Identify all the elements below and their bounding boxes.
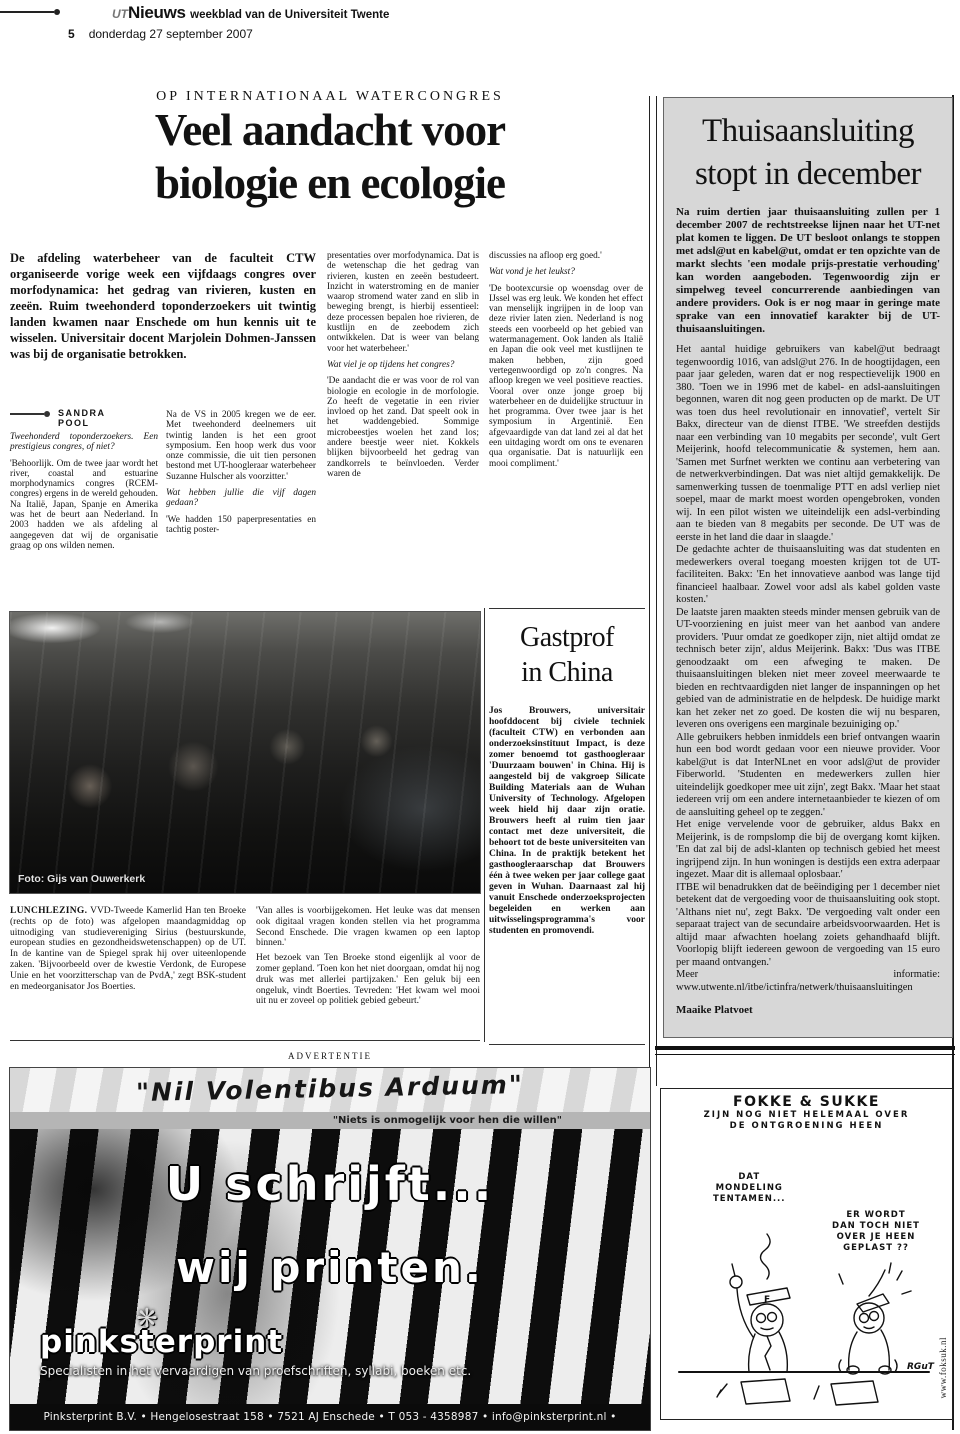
speech-squiggle-1 bbox=[761, 1234, 771, 1279]
photo-caption: Foto: Gijs van Ouwerkerk bbox=[18, 873, 145, 885]
masthead-rule bbox=[0, 11, 54, 13]
pinksterprint-logo: pinksterprint Specialisten in het vervaa… bbox=[40, 1324, 471, 1378]
falling-pen-right bbox=[814, 1386, 819, 1399]
interview-question: Wat hebben jullie die vijf dagen gedaan? bbox=[166, 488, 316, 509]
issue-date: donderdag 27 september 2007 bbox=[89, 27, 253, 41]
interview-question: Tweehonderd toponderzoekers. Een prestig… bbox=[10, 432, 158, 453]
byline-bullet-icon bbox=[44, 411, 50, 417]
newspaper-page: UTNieuws weekblad van de Universiteit Tw… bbox=[0, 0, 960, 1434]
masthead-title: Nieuws bbox=[128, 3, 186, 22]
interview-answer: presentaties over morfodynamica. Dat is … bbox=[327, 251, 479, 354]
paper-left bbox=[741, 1379, 790, 1404]
conference-photo: Foto: Gijs van Ouwerkerk bbox=[10, 612, 480, 893]
gastprof-title: Gastprof in China bbox=[489, 620, 645, 690]
falling-pen-left bbox=[717, 1384, 727, 1397]
fokke-finger bbox=[732, 1264, 735, 1276]
ad-slogan: "Nil Volentibus Arduum" bbox=[136, 1070, 524, 1107]
fokke-arm bbox=[737, 1289, 753, 1337]
masthead-prefix: UT bbox=[112, 7, 128, 21]
masthead-bullet-icon bbox=[54, 9, 60, 15]
fokke-tie bbox=[765, 1336, 771, 1370]
advertisement-label: ADVERTENTIE bbox=[10, 1051, 650, 1061]
comic-website: www.foksuk.nl bbox=[938, 1337, 948, 1398]
sidebar-title-line-1: Thuisaansluiting bbox=[676, 110, 940, 153]
ad-tagline: Specialisten in het vervaardigen van pro… bbox=[40, 1364, 471, 1378]
column-divider bbox=[484, 608, 485, 1042]
lunchlezing-column-right: 'Van alles is voorbijgekomen. Het leuke … bbox=[256, 906, 480, 1011]
interview-answer: 'De bootexcursie op woensdag over de IJs… bbox=[489, 284, 643, 469]
page-info: 5donderdag 27 september 2007 bbox=[68, 27, 253, 41]
ad-quote-bar: "Niets is onmogelijk voor hen die willen… bbox=[10, 1112, 650, 1129]
sidebar-bottom-rule-thin bbox=[655, 1054, 955, 1055]
comic-title: FOKKE & SUKKE bbox=[661, 1094, 952, 1110]
fokke-hand bbox=[730, 1276, 742, 1288]
gastprof-body: Jos Brouwers, universitair hoofddocent b… bbox=[489, 706, 645, 937]
ad-address-bar: Pinksterprint B.V. • Hengelosestraat 158… bbox=[10, 1404, 650, 1430]
lunchlezing-text: Het bezoek van Ten Broeke stond eigenlij… bbox=[256, 953, 480, 1007]
sukke-beak bbox=[864, 1327, 874, 1329]
article-column-2: Na de VS in 2005 kregen we de eer. Met t… bbox=[166, 410, 316, 541]
interview-answer: 'De aandacht die er was voor de rol van … bbox=[327, 376, 479, 479]
masthead-subtitle: weekblad van de Universiteit Twente bbox=[190, 9, 389, 21]
sidebar-paragraph: Alle gebruikers hebben inmiddels een bri… bbox=[676, 732, 940, 820]
sidebar-title: Thuisaansluiting stopt in december bbox=[676, 110, 940, 196]
advertisement: "Nil Volentibus Arduum" "Niets is onmoge… bbox=[10, 1068, 650, 1430]
artist-signature: RGuT bbox=[907, 1362, 935, 1372]
interview-answer: Na de VS in 2005 kregen we de eer. Met t… bbox=[166, 410, 316, 482]
comic-subtitle-line-1: ZIJN NOG NIET HELEMAAL OVER bbox=[661, 1110, 952, 1121]
article-column-4: discussies na afloop erg goed.' Wat vond… bbox=[489, 251, 643, 475]
ad-line-1: U schrijft... bbox=[10, 1157, 650, 1211]
byline-rule bbox=[10, 413, 44, 415]
gastprof-top-rule bbox=[489, 608, 645, 609]
comic-panel: F bbox=[661, 1132, 952, 1412]
article-headline: Veel aandacht voor biologie en ecologie bbox=[10, 104, 650, 210]
headline-line-1: Veel aandacht voor bbox=[10, 104, 650, 157]
sidebar-article: Thuisaansluiting stopt in december Na ru… bbox=[663, 97, 953, 1038]
article-kicker: OP INTERNATIONAAL WATERCONGRES bbox=[10, 89, 650, 105]
interview-answer: 'Behoorlijk. Om de twee jaar wordt het r… bbox=[10, 459, 158, 552]
page-number: 5 bbox=[68, 27, 75, 41]
comic-subtitle: ZIJN NOG NIET HELEMAAL OVER DE ONTGROENI… bbox=[661, 1110, 952, 1132]
bubble-text: MONDELING bbox=[713, 1183, 786, 1194]
fokke-sukke-comic: FOKKE & SUKKE ZIJN NOG NIET HELEMAAL OVE… bbox=[660, 1088, 953, 1420]
speech-bubble-1: DAT MONDELING TENTAMEN... bbox=[713, 1172, 786, 1205]
fokke-glasses-left bbox=[757, 1314, 766, 1323]
sidebar-body: Het aantal huidige gebruikers van kabel@… bbox=[676, 344, 940, 994]
ad-brand-name: pinksterprint bbox=[40, 1324, 471, 1360]
fokke-beak bbox=[761, 1328, 773, 1330]
bubble-text: DAN TOCH NIET bbox=[821, 1221, 931, 1232]
shock-marks bbox=[839, 1263, 911, 1294]
article-lead: De afdeling waterbeheer van de faculteit… bbox=[10, 250, 316, 362]
sidebar-paragraph: ITBE wil benadrukken dat de beëindiging … bbox=[676, 882, 940, 970]
sidebar-more-info: Meer informatie: www.utwente.nl/itbe/ict… bbox=[676, 969, 940, 994]
sukke-glasses-right bbox=[870, 1312, 879, 1321]
comic-drawing: F bbox=[661, 1132, 952, 1412]
sidebar-intro: Na ruim dertien jaar thuisaansluiting zu… bbox=[676, 206, 940, 336]
bubble-text: DAT bbox=[713, 1172, 786, 1183]
interview-question: Wat vond je het leukst? bbox=[489, 267, 643, 277]
gastprof-bottom-rule bbox=[489, 1044, 645, 1045]
speech-bubble-2: ER WORDT DAN TOCH NIET OVER JE HEEN GEPL… bbox=[821, 1210, 931, 1254]
headline-line-2: biologie en ecologie bbox=[10, 157, 650, 210]
bubble-text: OVER JE HEEN bbox=[821, 1232, 931, 1243]
fokke-head bbox=[751, 1304, 783, 1336]
bubble-text: TENTAMEN... bbox=[713, 1194, 786, 1205]
sidebar-paragraph: De laatste jaren maakten steeds minder m… bbox=[676, 607, 940, 732]
lunch-bottom-rule bbox=[10, 1040, 480, 1041]
ad-zebra-image: U schrijft... wij printen. pinksterprint… bbox=[10, 1129, 650, 1404]
masthead: UTNieuws weekblad van de Universiteit Tw… bbox=[112, 3, 389, 23]
star-burst-icon bbox=[136, 1304, 158, 1334]
sukke-glasses-left bbox=[860, 1314, 869, 1323]
sidebar-title-line-2: stopt in december bbox=[676, 153, 940, 196]
lunchlezing-lead-word: LUNCHLEZING. bbox=[10, 906, 87, 916]
ad-handwritten-strip: "Nil Volentibus Arduum" bbox=[10, 1068, 650, 1112]
speech-line-2 bbox=[869, 1270, 885, 1296]
fokke-glasses-right bbox=[768, 1313, 777, 1322]
sidebar-paragraph: Het aantal huidige gebruikers van kabel@… bbox=[676, 344, 940, 544]
ad-line-2: wij printen. bbox=[10, 1243, 650, 1292]
paper-right bbox=[831, 1381, 878, 1405]
sidebar-divider-inner bbox=[656, 96, 657, 1086]
interview-question: Wat viel je op tijdens het congres? bbox=[327, 360, 479, 370]
sidebar-paragraph: De gedachte achter de thuisaansluiting w… bbox=[676, 544, 940, 607]
sidebar-divider-outer bbox=[649, 96, 650, 1086]
article-column-1: Tweehonderd toponderzoekers. Een prestig… bbox=[10, 432, 158, 557]
bubble-text: GEPLAST ?? bbox=[821, 1243, 931, 1254]
sidebar-paragraph: Het enige vervelende voor de gebruiker, … bbox=[676, 819, 940, 882]
interview-answer: 'We hadden 150 paperpresentaties en tach… bbox=[166, 515, 316, 536]
sidebar-author: Maaike Platvoet bbox=[676, 1004, 940, 1016]
lunchlezing-text: VVD-Tweede Kamerlid Han ten Broeke (rech… bbox=[10, 906, 246, 992]
sidebar-bottom-rule-thick bbox=[655, 1046, 955, 1050]
byline-author: SANDRA POOL bbox=[58, 408, 105, 428]
interview-answer: discussies na afloop erg goed.' bbox=[489, 251, 643, 261]
gastprof-title-line-2: in China bbox=[489, 655, 645, 690]
sukke-body bbox=[849, 1330, 890, 1370]
bubble-text: ER WORDT bbox=[821, 1210, 931, 1221]
article-column-3: presentaties over morfodynamica. Dat is … bbox=[327, 251, 479, 485]
lunchlezing-text: 'Van alles is voorbijgekomen. Het leuke … bbox=[256, 906, 480, 949]
lunchlezing-column-left: LUNCHLEZING. VVD-Tweede Kamerlid Han ten… bbox=[10, 906, 246, 996]
comic-subtitle-line-2: DE ONTGROENING HEEN bbox=[661, 1121, 952, 1132]
gastprof-title-line-1: Gastprof bbox=[489, 620, 645, 655]
